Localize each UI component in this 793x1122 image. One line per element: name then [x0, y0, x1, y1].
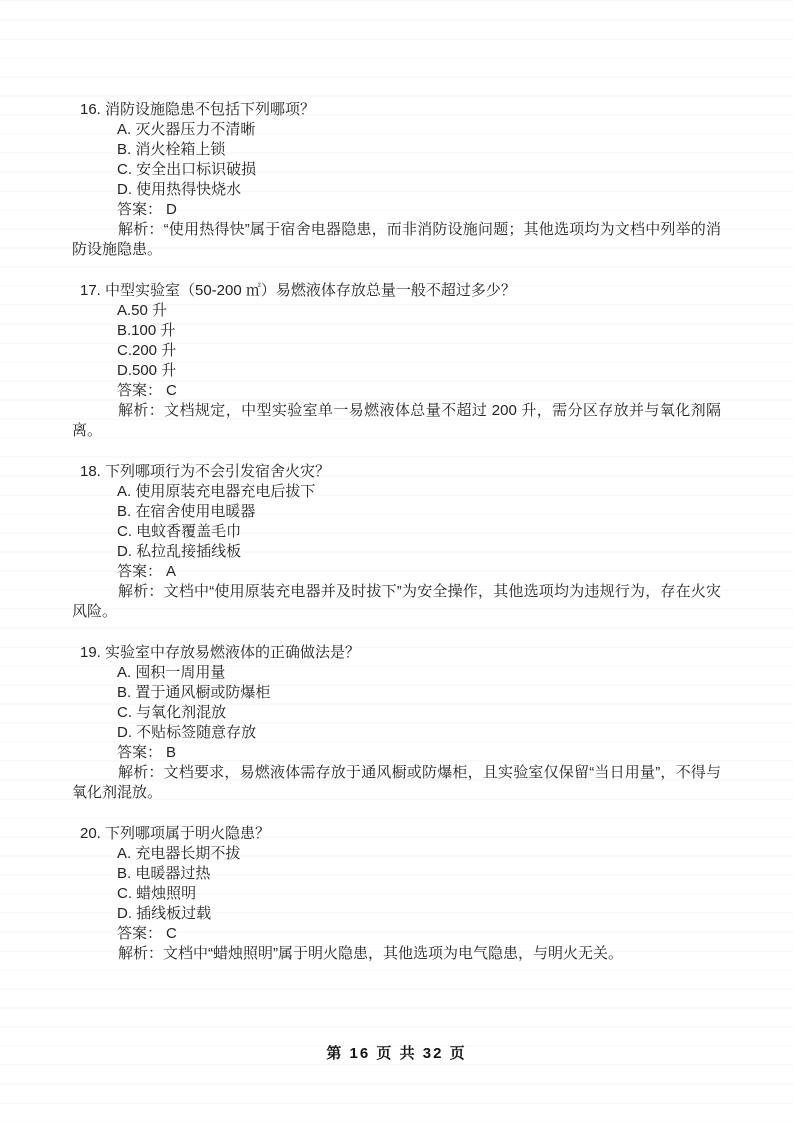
question-number: 17.	[80, 281, 105, 301]
option-item: A. 使用原装充电器充电后拔下	[72, 482, 721, 502]
option-item: D. 不贴标签随意存放	[72, 723, 721, 743]
answer-value: D	[166, 201, 177, 218]
question-number: 19.	[80, 643, 105, 663]
answer-label: 答案：	[117, 744, 162, 761]
option-item: C. 与氧化剂混放	[72, 703, 721, 723]
answer-label: 答案：	[117, 201, 162, 218]
option-item: D.500 升	[72, 361, 721, 381]
option-item: C. 电蚊香覆盖毛巾	[72, 522, 721, 542]
answer-line: 答案：C	[72, 381, 721, 401]
option-item: B.100 升	[72, 321, 721, 341]
question-line: 20. 下列哪项属于明火隐患？	[72, 824, 721, 844]
option-item: C.200 升	[72, 341, 721, 361]
analysis-text: 文档规定，中型实验室单一易燃液体总量不超过 200 升，需分区存放并与氧化剂隔离…	[72, 402, 721, 439]
analysis-text: 文档中“蜡烛照明”属于明火隐患，其他选项为电气隐患，与明火无关。	[163, 945, 623, 962]
analysis-text: “使用热得快”属于宿舍电器隐患，而非消防设施问题；其他选项均为文档中列举的消防设…	[72, 221, 721, 258]
analysis-label: 解析：	[118, 945, 163, 962]
question-block: 19. 实验室中存放易燃液体的正确做法是？ A. 囤积一周用量 B. 置于通风橱…	[72, 643, 721, 803]
answer-label: 答案：	[117, 382, 162, 399]
option-item: A. 灭火器压力不清晰	[72, 120, 721, 140]
document-page: 16. 消防设施隐患不包括下列哪项？ A. 灭火器压力不清晰 B. 消火栓箱上锁…	[0, 0, 793, 1122]
question-text: 消防设施隐患不包括下列哪项？	[105, 100, 721, 120]
question-block: 17. 中型实验室（50-200 ㎡）易燃液体存放总量一般不超过多少？ A.50…	[72, 281, 721, 441]
option-item: D. 插线板过载	[72, 904, 721, 924]
analysis-paragraph: 解析：文档中“蜡烛照明”属于明火隐患，其他选项为电气隐患，与明火无关。	[72, 944, 721, 964]
question-number: 16.	[80, 100, 105, 120]
option-item: C. 蜡烛照明	[72, 884, 721, 904]
option-item: B. 电暖器过热	[72, 864, 721, 884]
page-footer: 第 16 页 共 32 页	[0, 1044, 793, 1064]
option-item: A.50 升	[72, 301, 721, 321]
analysis-label: 解析：	[118, 402, 164, 419]
question-text: 下列哪项属于明火隐患？	[105, 824, 721, 844]
answer-value: B	[166, 744, 176, 761]
analysis-label: 解析：	[118, 764, 164, 781]
question-line: 18. 下列哪项行为不会引发宿舍火灾？	[72, 462, 721, 482]
option-item: A. 囤积一周用量	[72, 663, 721, 683]
analysis-label: 解析：	[118, 221, 164, 238]
option-item: A. 充电器长期不拔	[72, 844, 721, 864]
option-item: B. 消火栓箱上锁	[72, 140, 721, 160]
answer-value: C	[166, 925, 177, 942]
answer-label: 答案：	[117, 563, 162, 580]
question-line: 17. 中型实验室（50-200 ㎡）易燃液体存放总量一般不超过多少？	[72, 281, 721, 301]
answer-line: 答案：D	[72, 200, 721, 220]
option-item: D. 使用热得快烧水	[72, 180, 721, 200]
analysis-text: 文档要求，易燃液体需存放于通风橱或防爆柜，且实验室仅保留“当日用量”，不得与氧化…	[72, 764, 721, 801]
answer-value: A	[166, 563, 176, 580]
question-block: 16. 消防设施隐患不包括下列哪项？ A. 灭火器压力不清晰 B. 消火栓箱上锁…	[72, 100, 721, 260]
analysis-paragraph: 解析：文档中“使用原装充电器并及时拔下”为安全操作，其他选项均为违规行为，存在火…	[72, 582, 721, 622]
question-number: 20.	[80, 824, 105, 844]
analysis-text: 文档中“使用原装充电器并及时拔下”为安全操作，其他选项均为违规行为，存在火灾风险…	[72, 583, 721, 620]
option-item: D. 私拉乱接插线板	[72, 542, 721, 562]
question-text: 下列哪项行为不会引发宿舍火灾？	[105, 462, 721, 482]
analysis-paragraph: 解析：“使用热得快”属于宿舍电器隐患，而非消防设施问题；其他选项均为文档中列举的…	[72, 220, 721, 260]
answer-line: 答案：A	[72, 562, 721, 582]
analysis-paragraph: 解析：文档要求，易燃液体需存放于通风橱或防爆柜，且实验室仅保留“当日用量”，不得…	[72, 763, 721, 803]
question-text: 中型实验室（50-200 ㎡）易燃液体存放总量一般不超过多少？	[105, 281, 721, 301]
option-item: B. 在宿舍使用电暖器	[72, 502, 721, 522]
answer-label: 答案：	[117, 925, 162, 942]
answer-line: 答案：B	[72, 743, 721, 763]
answer-value: C	[166, 382, 177, 399]
page-number-text: 第 16 页 共 32 页	[326, 1045, 466, 1062]
option-item: C. 安全出口标识破损	[72, 160, 721, 180]
question-line: 16. 消防设施隐患不包括下列哪项？	[72, 100, 721, 120]
question-number: 18.	[80, 462, 105, 482]
answer-line: 答案：C	[72, 924, 721, 944]
question-line: 19. 实验室中存放易燃液体的正确做法是？	[72, 643, 721, 663]
questions-section: 16. 消防设施隐患不包括下列哪项？ A. 灭火器压力不清晰 B. 消火栓箱上锁…	[72, 100, 721, 985]
question-block: 18. 下列哪项行为不会引发宿舍火灾？ A. 使用原装充电器充电后拔下 B. 在…	[72, 462, 721, 622]
option-item: B. 置于通风橱或防爆柜	[72, 683, 721, 703]
analysis-paragraph: 解析：文档规定，中型实验室单一易燃液体总量不超过 200 升，需分区存放并与氧化…	[72, 401, 721, 441]
question-block: 20. 下列哪项属于明火隐患？ A. 充电器长期不拔 B. 电暖器过热 C. 蜡…	[72, 824, 721, 964]
analysis-label: 解析：	[118, 583, 164, 600]
question-text: 实验室中存放易燃液体的正确做法是？	[105, 643, 721, 663]
